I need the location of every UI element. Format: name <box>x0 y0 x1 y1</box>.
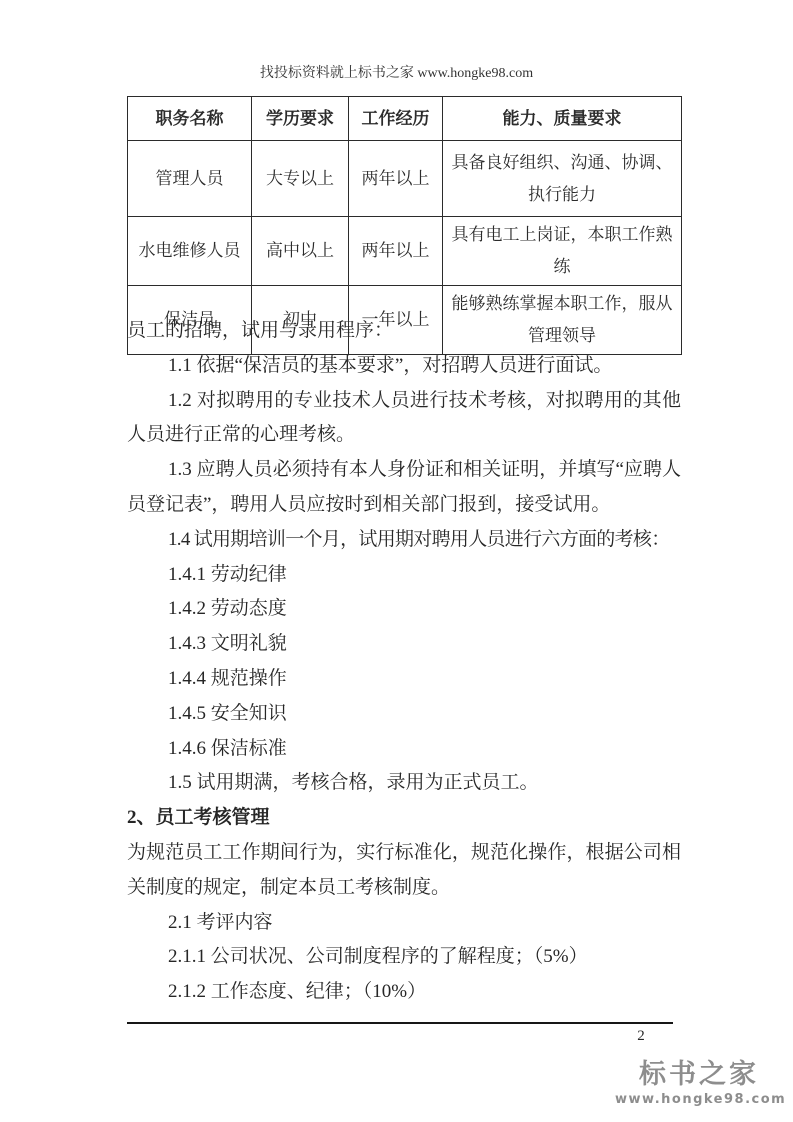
table-cell: 两年以上 <box>349 141 443 217</box>
clause-2-1-1: 2.1.1 公司状况、公司制度程序的了解程度；（5%） <box>127 940 681 975</box>
table-row: 管理人员 大专以上 两年以上 具备良好组织、沟通、协调、执行能力 <box>128 141 682 217</box>
clause-1-2: 1.2 对拟聘用的专业技术人员进行技术考核，对拟聘用的其他人员进行正常的心理考核… <box>127 384 681 454</box>
clause-1-4: 1.4 试用期培训一个月，试用期对聘用人员进行六方面的考核： <box>127 523 681 558</box>
table-cell: 具有电工上岗证，本职工作熟练 <box>443 217 682 286</box>
header-note: 找投标资料就上标书之家 www.hongke98.com <box>0 64 793 84</box>
table-cell: 管理人员 <box>128 141 252 217</box>
table-cell: 具备良好组织、沟通、协调、执行能力 <box>443 141 682 217</box>
column-header-experience: 工作经历 <box>349 97 443 141</box>
clause-1-4-6: 1.4.6 保洁标准 <box>127 732 681 767</box>
clause-2-1: 2.1 考评内容 <box>127 906 681 941</box>
paragraph-recruit-intro: 员工的招聘，试用与录用程序： <box>127 314 681 349</box>
table-cell: 水电维修人员 <box>128 217 252 286</box>
watermark-brand-logo: 标书之家 <box>615 1060 783 1090</box>
watermark-url: www.hongke98.com <box>615 1091 783 1108</box>
footer-rule <box>127 1022 673 1024</box>
section-2-intro: 为规范员工工作期间行为，实行标准化，规范化操作，根据公司相关制度的规定，制定本员… <box>127 836 681 906</box>
column-header-ability: 能力、质量要求 <box>443 97 682 141</box>
table-cell: 大专以上 <box>252 141 349 217</box>
clause-1-4-4: 1.4.4 规范操作 <box>127 662 681 697</box>
table-cell: 两年以上 <box>349 217 443 286</box>
clause-1-4-2: 1.4.2 劳动态度 <box>127 592 681 627</box>
clause-1-4-1: 1.4.1 劳动纪律 <box>127 558 681 593</box>
table-header-row: 职务名称 学历要求 工作经历 能力、质量要求 <box>128 97 682 141</box>
clause-2-1-2: 2.1.2 工作态度、纪律；（10%） <box>127 975 681 1010</box>
column-header-position: 职务名称 <box>128 97 252 141</box>
table-row: 水电维修人员 高中以上 两年以上 具有电工上岗证，本职工作熟练 <box>128 217 682 286</box>
clause-1-4-5: 1.4.5 安全知识 <box>127 697 681 732</box>
watermark: 标书之家 www.hongke98.com <box>615 1060 783 1108</box>
clause-1-4-3: 1.4.3 文明礼貌 <box>127 627 681 662</box>
page-number: 2 <box>626 1026 656 1046</box>
clause-1-3: 1.3 应聘人员必须持有本人身份证和相关证明，并填写“应聘人员登记表”，聘用人员… <box>127 453 681 523</box>
table-cell: 高中以上 <box>252 217 349 286</box>
column-header-education: 学历要求 <box>252 97 349 141</box>
clause-1-1: 1.1 依据“保洁员的基本要求”，对招聘人员进行面试。 <box>127 349 681 384</box>
section-2-heading: 2、员工考核管理 <box>127 801 681 836</box>
document-body: 员工的招聘，试用与录用程序： 1.1 依据“保洁员的基本要求”，对招聘人员进行面… <box>127 314 681 1010</box>
clause-1-5: 1.5 试用期满，考核合格，录用为正式员工。 <box>127 766 681 801</box>
document-page: 找投标资料就上标书之家 www.hongke98.com 职务名称 学历要求 工… <box>0 0 793 1122</box>
